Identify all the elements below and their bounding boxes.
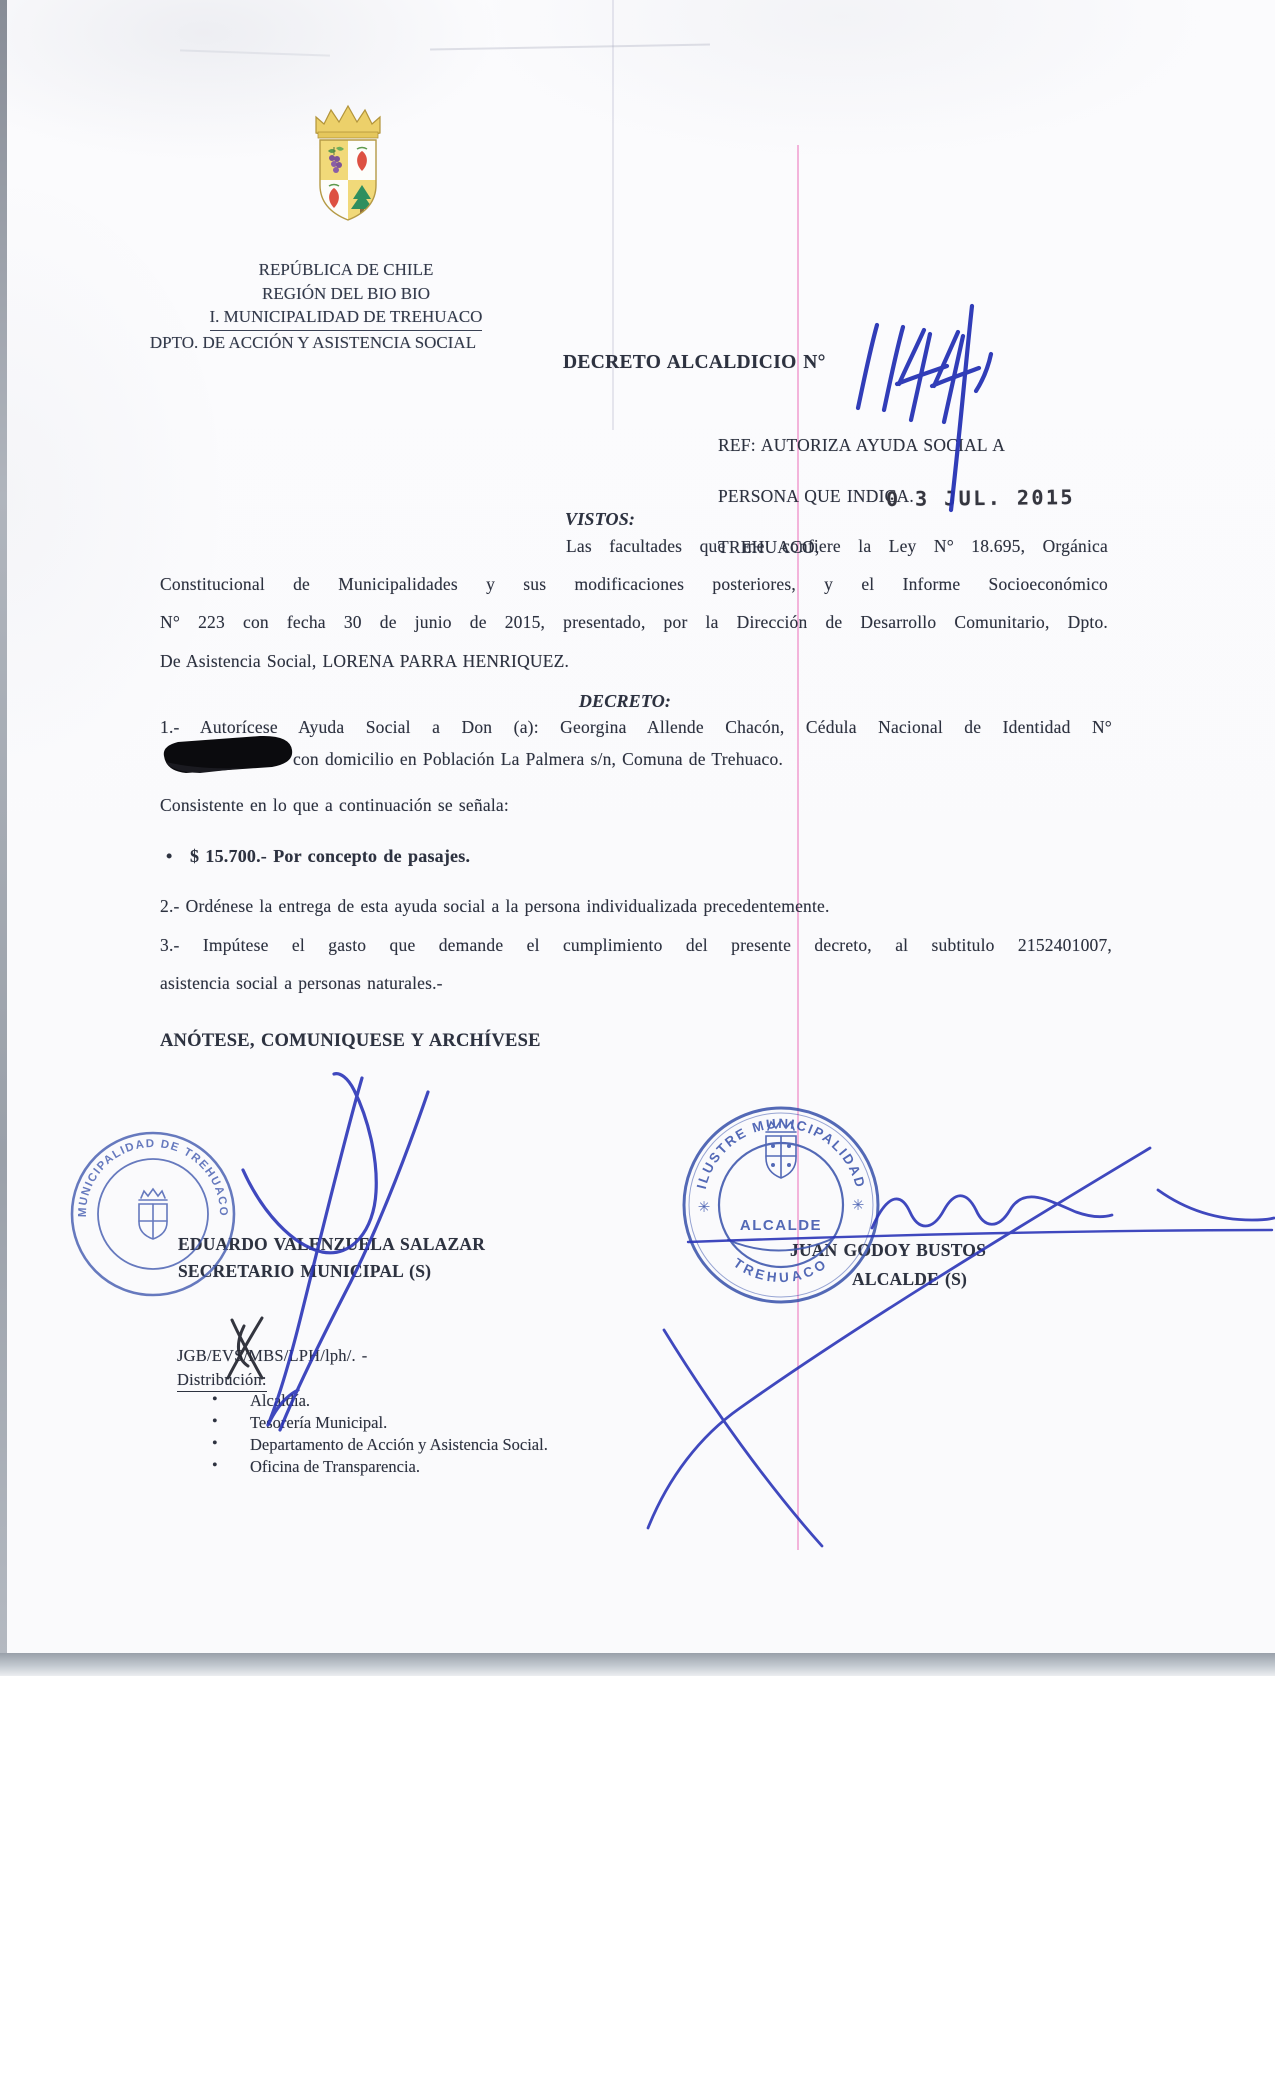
scanned-decree-page: REPÚBLICA DE CHILE REGIÓN DEL BIO BIO I.… [0,0,1275,2100]
closing-formula: ANÓTESE, COMUNIQUESE Y ARCHÍVESE [160,1031,541,1052]
vistos-label: VISTOS: [565,509,635,530]
letterhead-department: DPTO. DE ACCIÓN Y ASISTENCIA SOCIAL [117,331,509,355]
decreto-item3-line1: 3.- Impútese el gasto que demande el cum… [160,935,1112,956]
vistos-line3: N° 223 con fecha 30 de junio de 2015, pr… [160,612,1108,633]
secretary-title: SECRETARIO MUNICIPAL (S) [178,1261,431,1282]
mayor-title: ALCALDE (S) [852,1269,967,1290]
distribution-item: Tesorería Municipal. [250,1413,387,1433]
distribution-item: Departamento de Acción y Asistencia Soci… [250,1435,548,1455]
vistos-line4: De Asistencia Social, LORENA PARRA HENRI… [160,651,569,672]
bullet-dot: • [166,846,173,867]
aid-amount-line: $ 15.700.- Por concepto de pasajes. [190,846,470,867]
secretary-name: EDUARDO VALENZUELA SALAZAR [178,1234,485,1255]
decreto-item1-line1: 1.- Autorícese Ayuda Social a Don (a): G… [160,717,1112,738]
decreto-item3-line2: asistencia social a personas naturales.- [160,973,443,994]
paper-sheet [0,0,1275,1653]
date-stamp: 0 3 JUL. 2015 [886,485,1075,511]
letterhead: REPÚBLICA DE CHILE REGIÓN DEL BIO BIO I.… [150,258,542,354]
ref-line1: REF: AUTORIZA AYUDA SOCIAL A [718,433,1005,459]
mayor-name: JUAN GODOY BUSTOS [790,1240,986,1261]
paper-bottom-edge-shadow [0,1653,1275,1676]
decreto-item2: 2.- Ordénese la entrega de esta ayuda so… [160,896,830,917]
letterhead-municipality: I. MUNICIPALIDAD DE TREHUACO [210,305,483,331]
distribution-item: Alcaldía. [250,1391,310,1411]
decreto-item1-line2: con domicilio en Población La Palmera s/… [293,749,783,770]
paper-left-edge-shadow [0,0,7,1653]
distribution-label: Distribución: [177,1370,267,1392]
decree-title: DECRETO ALCALDICIO N° [563,352,826,374]
distribution-item: Oficina de Transparencia. [250,1457,420,1477]
letterhead-country: REPÚBLICA DE CHILE [150,258,542,282]
vistos-line1: Las facultades que me confiere la Ley N°… [566,536,1108,557]
vistos-line2: Constitucional de Municipalidades y sus … [160,574,1108,595]
decreto-label: DECRETO: [160,691,1090,712]
consistente-line: Consistente en lo que a continuación se … [160,795,509,816]
letterhead-region: REGIÓN DEL BIO BIO [150,282,542,306]
initials-line: JGB/EVS/MBS/LPH/lph/. - [177,1346,367,1366]
